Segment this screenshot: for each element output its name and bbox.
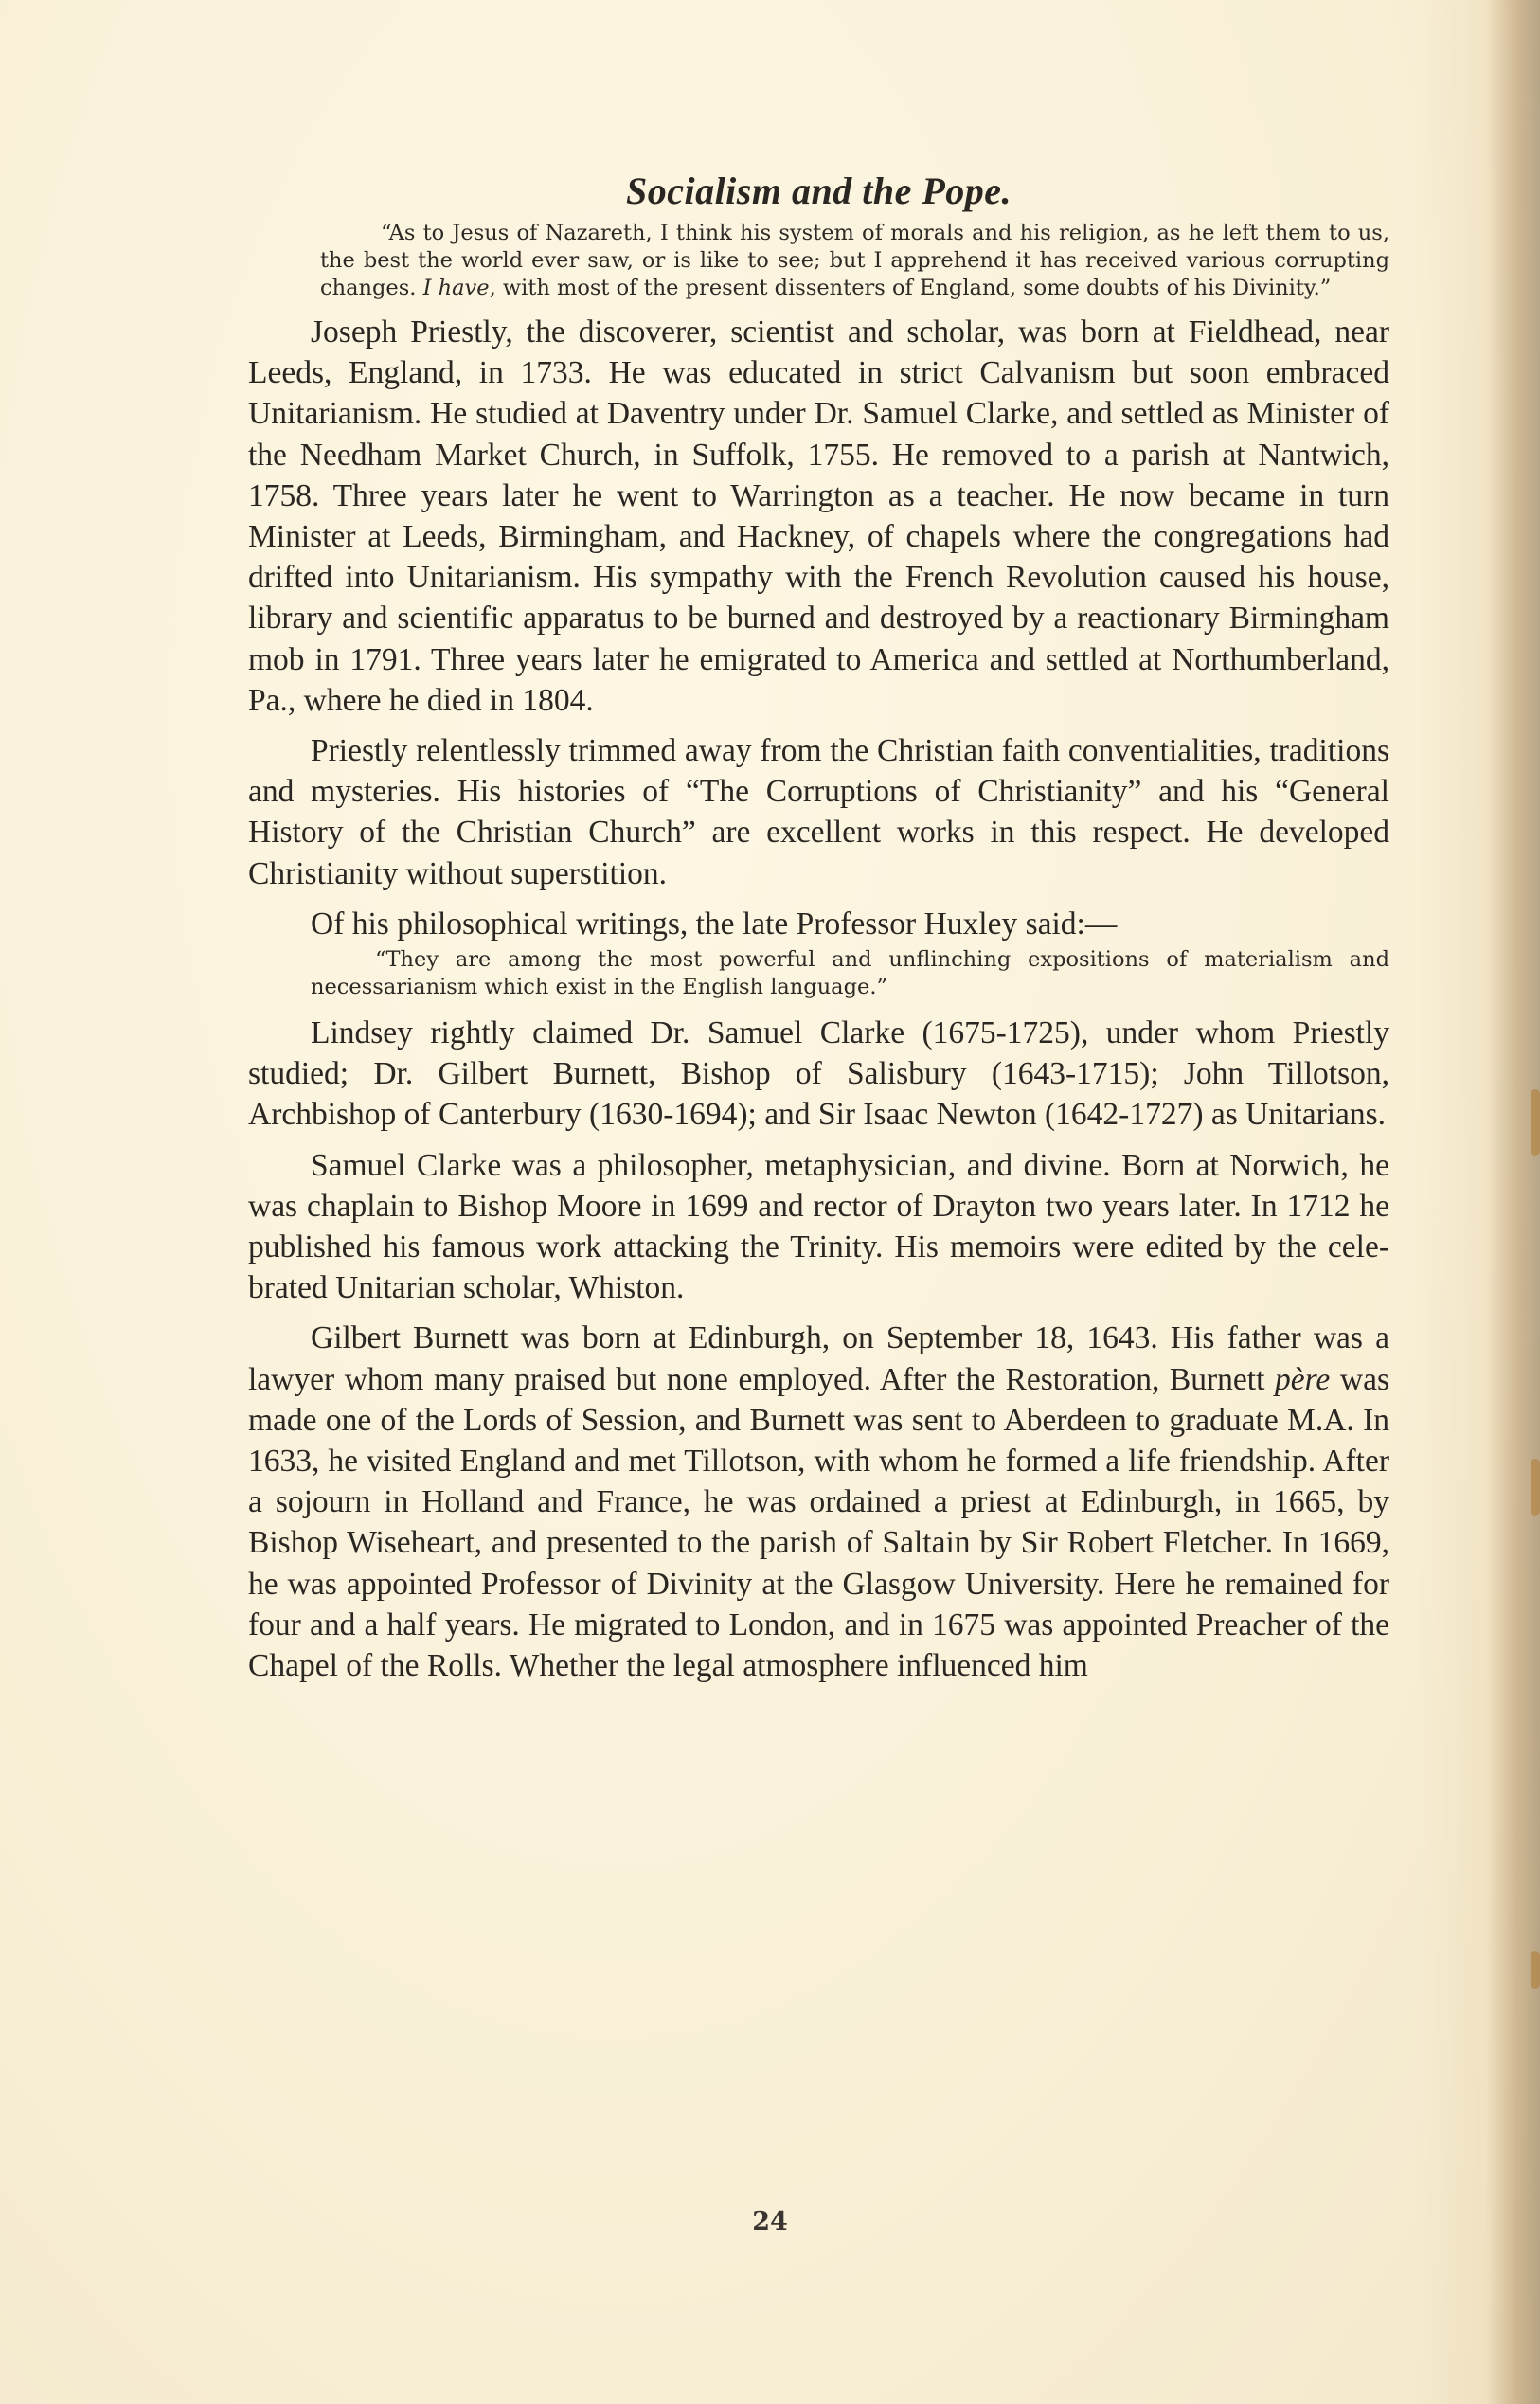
paragraph-emphasis: père [1275, 1362, 1330, 1397]
huxley-quote: “They are among the most powerful and un… [311, 946, 1389, 1001]
paragraph-priestly-works: Priestly relentlessly trimmed away from … [248, 730, 1389, 894]
page-number: 24 [0, 2207, 1540, 2236]
paragraph-huxley-intro: Of his philosophical writings, the late … [248, 904, 1389, 944]
paragraph-samuel-clarke: Samuel Clarke was a philosopher, metaphy… [248, 1145, 1389, 1309]
paragraph-text-part: was made one of the Lords of Session, an… [248, 1362, 1389, 1683]
opening-quote: “As to Jesus of Nazareth, I think his sy… [320, 220, 1389, 302]
paragraph-gilbert-burnett: Gilbert Burnett was born at Edinburgh, o… [248, 1318, 1389, 1686]
paragraph-lindsey: Lindsey rightly claimed Dr. Samuel Clark… [248, 1013, 1389, 1136]
paragraph-priestly-bio: Joseph Priestly, the discoverer, scienti… [248, 312, 1389, 721]
opening-quote-text: “As to Jesus of Nazareth, I think his sy… [320, 220, 1389, 302]
page-title: Socialism and the Pope. [248, 169, 1389, 214]
page-content: Socialism and the Pope. “As to Jesus of … [248, 169, 1389, 1695]
edge-stain [1531, 1459, 1540, 1516]
paragraph-text-part: Gilbert Burnett was born at Edinburgh, o… [248, 1320, 1389, 1396]
quote-text-part: , with most of the present dissenters of… [490, 276, 1332, 300]
quote-emphasis: I have [423, 276, 490, 300]
edge-stain [1531, 1951, 1540, 1989]
edge-stain [1531, 1089, 1540, 1156]
